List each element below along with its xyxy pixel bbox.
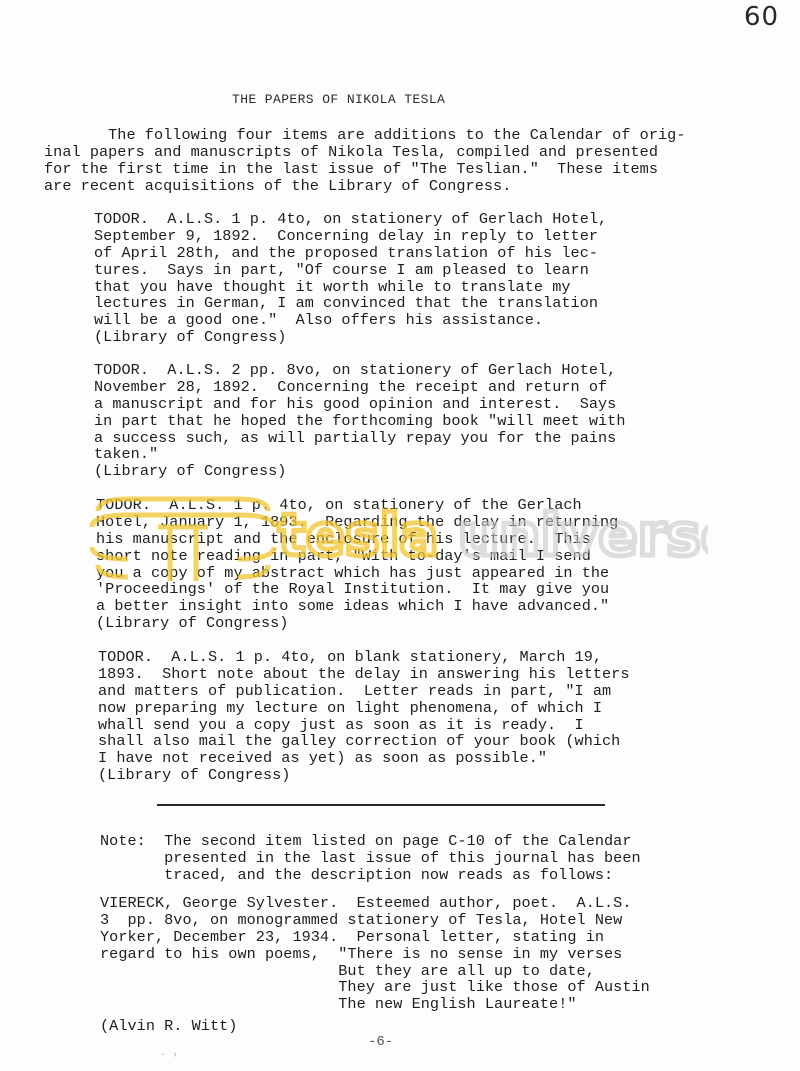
note-paragraph: Note: The second item listed on page C-1… [100, 833, 641, 884]
text-line: now preparing my lecture on light phenom… [98, 700, 630, 717]
text-line: TODOR. A.L.S. 1 p. 4to, on blank station… [98, 649, 630, 666]
text-line: in part that he hoped the forthcoming bo… [94, 413, 626, 430]
text-line: for the first time in the last issue of … [44, 161, 685, 178]
text-line: and matters of publication. Letter reads… [98, 683, 630, 700]
text-line: 3 pp. 8vo, on monogrammed stationery of … [100, 912, 650, 929]
text-line: Note: The second item listed on page C-1… [100, 833, 641, 850]
text-line: tures. Says in part, "Of course I am ple… [94, 262, 607, 279]
text-line: a better insight into some ideas which I… [96, 598, 618, 615]
text-line: 'Proceedings' of the Royal Institution. … [96, 581, 618, 598]
calendar-item-3: TODOR. A.L.S. 1 p. 4to, on stationery of… [96, 497, 618, 632]
document-title: THE PAPERS OF NIKOLA TESLA [232, 92, 445, 107]
text-line: September 9, 1892. Concerning delay in r… [94, 228, 607, 245]
text-line: TODOR. A.L.S. 1 p. 4to, on stationery of… [94, 211, 607, 228]
text-line: his manuscript and the enclosure of his … [96, 531, 618, 548]
text-line: (Library of Congress) [98, 767, 630, 784]
text-line: (Library of Congress) [94, 463, 626, 480]
text-line: But they are all up to date, [100, 963, 650, 980]
text-line: They are just like those of Austin [100, 979, 650, 996]
text-line: regard to his own poems, "There is no se… [100, 946, 650, 963]
text-line: The following four items are additions t… [44, 127, 685, 144]
page-number: -6- [368, 1034, 393, 1050]
text-line: Hotel, January 1, 1893. Regarding the de… [96, 514, 618, 531]
text-line: you a copy of my abstract which has just… [96, 565, 618, 582]
text-line: are recent acquisitions of the Library o… [44, 178, 685, 195]
text-line: shall also mail the galley correction of… [98, 733, 630, 750]
text-line: short note reading in part, "With to-day… [96, 548, 618, 565]
text-line: a success such, as will partially repay … [94, 430, 626, 447]
text-line: will be a good one." Also offers his ass… [94, 312, 607, 329]
handwritten-page-mark: 60 [744, 2, 779, 32]
text-line: of April 28th, and the proposed translat… [94, 245, 607, 262]
text-line: 1893. Short note about the delay in answ… [98, 666, 630, 683]
calendar-item-2: TODOR. A.L.S. 2 pp. 8vo, on stationery o… [94, 362, 626, 480]
text-line: that you have thought it worth while to … [94, 279, 607, 296]
text-line: presented in the last issue of this jour… [100, 850, 641, 867]
calendar-item-4: TODOR. A.L.S. 1 p. 4to, on blank station… [98, 649, 630, 784]
viereck-entry: VIERECK, George Sylvester. Esteemed auth… [100, 895, 650, 1013]
stray-mark: · › [160, 1050, 178, 1061]
text-line: a manuscript and for his good opinion an… [94, 396, 626, 413]
section-divider [157, 804, 605, 806]
attribution: (Alvin R. Witt) [100, 1018, 237, 1035]
text-line: inal papers and manuscripts of Nikola Te… [44, 144, 685, 161]
calendar-item-1: TODOR. A.L.S. 1 p. 4to, on stationery of… [94, 211, 607, 346]
text-line: The new English Laureate!" [100, 996, 650, 1013]
text-line: lectures in German, I am convinced that … [94, 295, 607, 312]
intro-paragraph: The following four items are additions t… [44, 127, 685, 195]
text-line: TODOR. A.L.S. 1 p. 4to, on stationery of… [96, 497, 618, 514]
text-line: (Library of Congress) [96, 615, 618, 632]
text-line: Yorker, December 23, 1934. Personal lett… [100, 929, 650, 946]
text-line: traced, and the description now reads as… [100, 867, 641, 884]
document-page: 60 THE PAPERS OF NIKOLA TESLA The follow… [0, 0, 800, 1071]
text-line: I have not received as yet) as soon as p… [98, 750, 630, 767]
text-line: (Library of Congress) [94, 329, 607, 346]
text-line: November 28, 1892. Concerning the receip… [94, 379, 626, 396]
text-line: VIERECK, George Sylvester. Esteemed auth… [100, 895, 650, 912]
text-line: taken." [94, 446, 626, 463]
text-line: TODOR. A.L.S. 2 pp. 8vo, on stationery o… [94, 362, 626, 379]
text-line: whall send you a copy just as soon as it… [98, 717, 630, 734]
